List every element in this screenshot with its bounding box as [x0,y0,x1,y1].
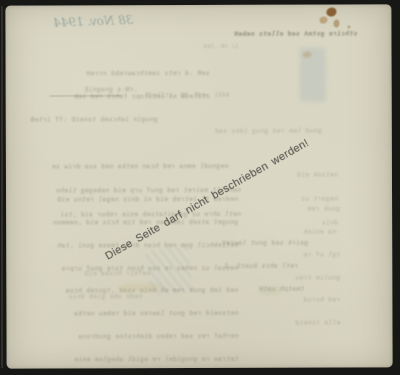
bleedthrough-dateline: 4491 .voN .82 ,ztileiB [166,92,230,100]
bleedthrough-line: elle tsneid [260,320,340,328]
scan-background: 38 Nov. 1944 sthcire gstmA sed ellets ne… [0,0,400,375]
foxing-stain [303,52,312,58]
bleedthrough-line: netsok eid [264,171,338,179]
foxing-stain [319,17,327,24]
bleedthrough-line: nefeir hcsba eiD [38,270,150,278]
bleedthrough-subject: gnugin iehcseb tsneiD :ff irteB [46,116,158,124]
bleedthrough-line: nerhaf rev sad rebeu diehcstne gnudrona [23,333,239,341]
foxing-stain [347,25,350,28]
foxing-stain [333,20,339,28]
bleedthrough-line: negnudl emna red hcan netka ned sua driw… [35,162,241,171]
bleedthrough-line: gnuk rem [260,206,340,214]
bleedthrough-line: seR .d rets iemthcawrebO nrreH [76,70,210,78]
bleedthrough-reference: .rN-s gnagniE [48,86,138,94]
paper-sheet: 38 Nov. 1944 sthcire gstmA sed ellets ne… [5,4,392,368]
scanner-edge-highlight [1,6,3,368]
handwritten-date-note: 38 Nov. 1944 [51,13,133,30]
bleedthrough-corner-note: 1/ rN .tkA [203,44,239,52]
bleedthrough-line: gnud lem red gnug ides sad [198,128,322,136]
foxing-stain [326,8,336,17]
bleedthrough-line: nedn ube gieb dnis [38,293,150,301]
smudge-stain [258,287,282,295]
bleedthrough-letterhead: sthcire gstmA sed ellets nebeN [245,30,357,38]
bleedthrough-line: tetraw re gnugidel re egidl abeglom enie [23,356,239,364]
